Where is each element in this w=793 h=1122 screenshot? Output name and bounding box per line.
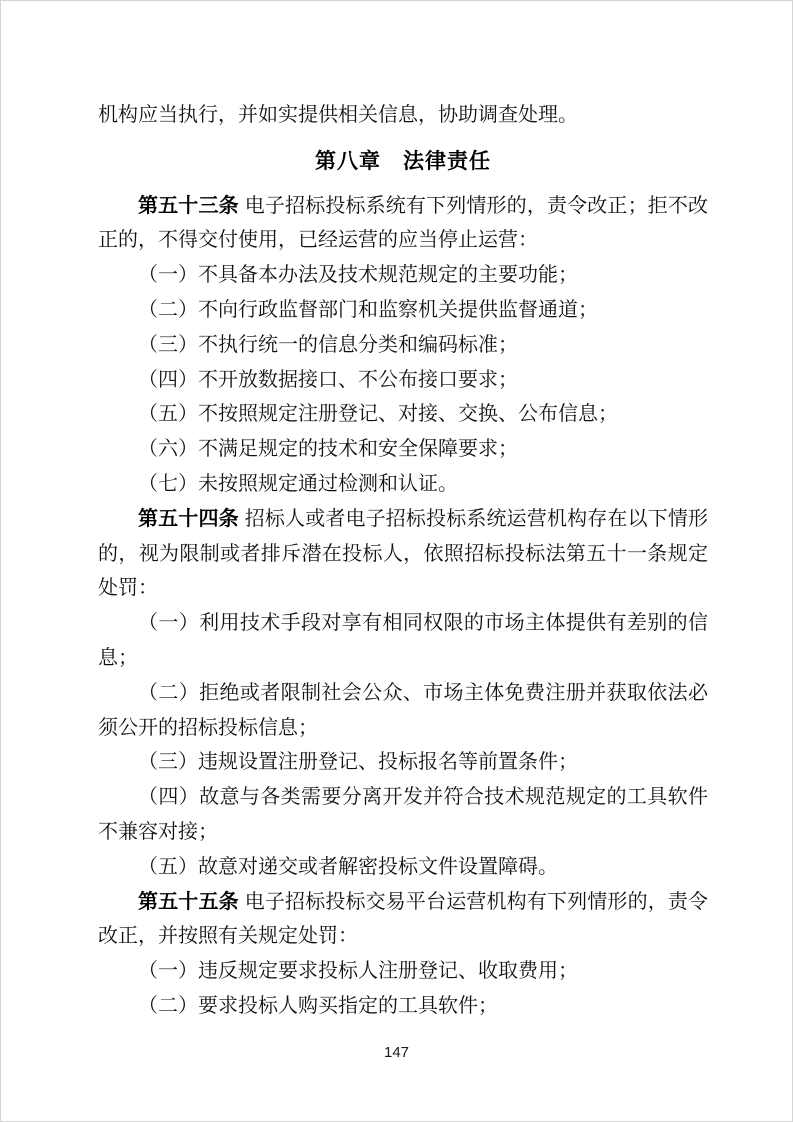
paragraph-text: （七）未按照规定通过检测和认证。: [138, 473, 458, 495]
paragraph-text: （四）不开放数据接口、不公布接口要求；: [138, 369, 518, 391]
item-paragraph: （四）故意与各类需要分离开发并符合技术规范规定的工具软件不兼容对接；: [98, 780, 708, 850]
item-paragraph: （五）故意对递交或者解密投标文件设置障碍。: [98, 850, 708, 885]
paragraph-text: （六）不满足规定的技术和安全保障要求；: [138, 438, 518, 460]
item-paragraph: （三）不执行统一的信息分类和编码标准；: [98, 328, 708, 363]
item-paragraph: （二）拒绝或者限制社会公众、市场主体免费注册并获取依法必须公开的招标投标信息；: [98, 676, 708, 746]
item-paragraph: （一）违反规定要求投标人注册登记、收取费用；: [98, 954, 708, 989]
paragraph-text: （二）要求投标人购买指定的工具软件；: [138, 995, 498, 1017]
paragraph-text: （二）不向行政监督部门和监察机关提供监督通道；: [138, 299, 598, 321]
paragraph-text: （五）不按照规定注册登记、对接、交换、公布信息；: [138, 403, 618, 425]
paragraph-list: 第五十三条电子招标投标系统有下列情形的，责令改正；拒不改正的，不得交付使用，已经…: [98, 189, 708, 1024]
chapter-heading: 第八章 法律责任: [98, 145, 708, 180]
article-number: 第五十五条: [138, 891, 239, 913]
article-paragraph: 第五十四条招标人或者电子招标投标系统运营机构存在以下情形的，视为限制或者排斥潜在…: [98, 502, 708, 606]
paragraph-text: （四）故意与各类需要分离开发并符合技术规范规定的工具软件不兼容对接；: [98, 786, 708, 843]
article-number: 第五十四条: [138, 508, 239, 530]
item-paragraph: （一）不具备本办法及技术规范规定的主要功能；: [98, 258, 708, 293]
item-paragraph: （二）不向行政监督部门和监察机关提供监督通道；: [98, 293, 708, 328]
article-paragraph: 第五十五条电子招标投标交易平台运营机构有下列情形的，责令改正，并按照有关规定处罚…: [98, 885, 708, 955]
paragraph-text: （二）拒绝或者限制社会公众、市场主体免费注册并获取依法必须公开的招标投标信息；: [98, 682, 708, 739]
item-paragraph: （二）要求投标人购买指定的工具软件；: [98, 989, 708, 1024]
paragraph-text: （三）违规设置注册登记、投标报名等前置条件；: [138, 751, 578, 773]
page-content: 机构应当执行，并如实提供相关信息，协助调查处理。 第八章 法律责任 第五十三条电…: [98, 98, 708, 1024]
item-paragraph: （五）不按照规定注册登记、对接、交换、公布信息；: [98, 397, 708, 432]
paragraph-text: （一）利用技术手段对享有相同权限的市场主体提供有差别的信息；: [98, 612, 708, 669]
document-page: 机构应当执行，并如实提供相关信息，协助调查处理。 第八章 法律责任 第五十三条电…: [0, 0, 793, 1122]
item-paragraph: （四）不开放数据接口、不公布接口要求；: [98, 363, 708, 398]
page-number: 147: [1, 1043, 792, 1063]
item-paragraph: （一）利用技术手段对享有相同权限的市场主体提供有差别的信息；: [98, 606, 708, 676]
paragraph-text: （一）违反规定要求投标人注册登记、收取费用；: [138, 960, 578, 982]
article-paragraph: 第五十三条电子招标投标系统有下列情形的，责令改正；拒不改正的，不得交付使用，已经…: [98, 189, 708, 259]
paragraph-text: （三）不执行统一的信息分类和编码标准；: [138, 334, 518, 356]
item-paragraph: （七）未按照规定通过检测和认证。: [98, 467, 708, 502]
paragraph-text: （一）不具备本办法及技术规范规定的主要功能；: [138, 264, 578, 286]
paragraph-text: （五）故意对递交或者解密投标文件设置障碍。: [138, 856, 558, 878]
item-paragraph: （六）不满足规定的技术和安全保障要求；: [98, 432, 708, 467]
article-number: 第五十三条: [138, 195, 239, 217]
paragraph-continuation: 机构应当执行，并如实提供相关信息，协助调查处理。: [98, 98, 708, 133]
item-paragraph: （三）违规设置注册登记、投标报名等前置条件；: [98, 745, 708, 780]
